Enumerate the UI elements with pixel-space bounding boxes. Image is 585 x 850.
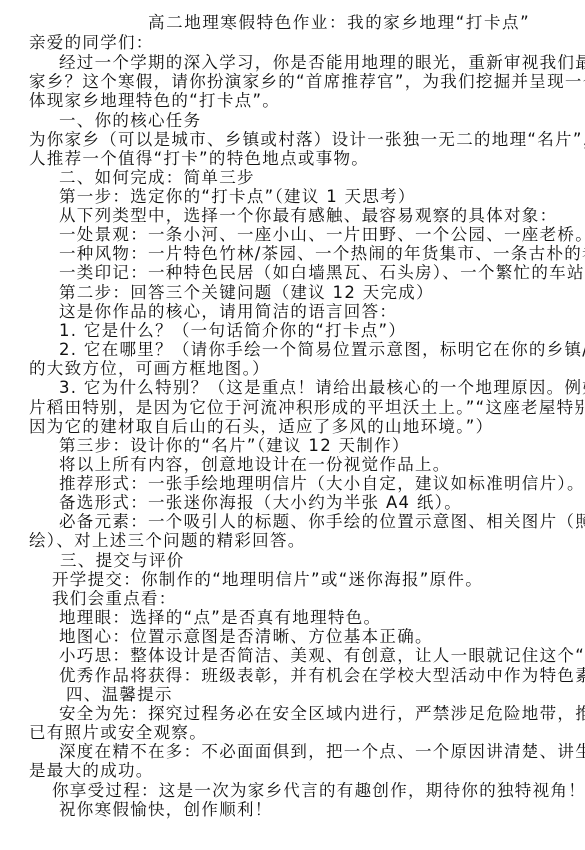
step2-question-2-line-2: 的大致方位，可画方框地图。） (29, 359, 270, 378)
step2-question-3-line-3: 因为它的建材取自后山的石头，适应了多风的山地环境。”） (29, 417, 493, 436)
criteria-item-2: 地图心：位置示意图是否清晰、方位基本正确。 (59, 627, 433, 646)
section2-heading: 二、如何完成：简单三步 (59, 168, 255, 187)
step3-recommended-format: 推荐形式：一张手绘地理明信片（大小自定，建议如标准明信片）。 (59, 474, 585, 493)
intro-line-3: 体现家乡地理特色的“打卡点”。 (29, 91, 280, 110)
step1-option-1: 一处景观：一条小河、一座小山、一片田野、一个公园、一座老桥。 (59, 225, 585, 244)
step2-lead: 这是你作品的核心，请用简洁的语言回答： (59, 302, 397, 321)
step3-heading: 第三步：设计你的“名片”（建议 12 天制作） (59, 436, 410, 455)
tip-depth-line-1: 深度在精不在多：不必面面俱到，把一个点、一个原因讲清楚、讲生动，就 (59, 742, 585, 761)
criteria-item-4: 优秀作品将获得：班级表彰，并有机会在学校大型活动中作为特色素材展示。 (59, 666, 585, 685)
tip-depth-line-2: 是最大的成功。 (29, 761, 154, 780)
section1-body-2: 人推荐一个值得“打卡”的特色地点或事物。 (29, 149, 369, 168)
step1-option-2: 一种风物：一片特色竹林/茶园、一个热闹的年货集市、一条古朴的老街。 (59, 244, 585, 263)
submission-note: 开学提交：你制作的“地理明信片”或“迷你海报”原件。 (52, 570, 483, 589)
tip-enjoy: 你享受过程：这是一次为家乡代言的有趣创作，期待你的独特视角！ (52, 781, 585, 800)
criteria-item-1: 地理眼：选择的“点”是否真有地理特色。 (59, 608, 381, 627)
greeting: 亲爱的同学们： (29, 33, 154, 52)
step3-required-elements-line-2: 绘）、对上述三个问题的精彩回答。 (29, 531, 306, 550)
step1-lead: 从下列类型中，选择一个你最有感触、最容易观察的具体对象： (59, 206, 557, 225)
section1-body-1: 为你家乡（可以是城市、乡镇或村落）设计一张独一无二的地理“名片”，向他 (29, 130, 585, 149)
intro-line-2: 家乡？这个寒假，请你扮演家乡的“首席推荐官”，为我们挖掘并呈现一个最能 (29, 72, 585, 91)
step2-heading: 第二步：回答三个关键问题（建议 12 天完成） (59, 283, 434, 302)
closing-wish: 祝你寒假愉快，创作顺利！ (59, 800, 273, 819)
step2-question-2-line-1: 2. 它在哪里？（请你手绘一个简易位置示意图，标明它在你的乡镇/城市中 (59, 340, 585, 359)
step2-question-3-line-2: 片稻田特别，是因为它位于河流冲积形成的平坦沃土上。”“这座老屋特别，是 (29, 398, 585, 417)
step3-required-elements-line-1: 必备元素：一个吸引人的标题、你手绘的位置示意图、相关图片（照片或手 (59, 512, 585, 531)
step1-heading: 第一步：选定你的“打卡点”（建议 1 天思考） (59, 187, 416, 206)
step3-alternative-format: 备选形式：一张迷你海报（大小约为半张 A4 纸）。 (59, 493, 462, 512)
criteria-lead: 我们会重点看： (52, 589, 177, 608)
tip-safety-line-1: 安全为先：探究过程务必在安全区域内进行，严禁涉足危险地带，推荐使用 (59, 704, 585, 723)
criteria-item-3: 小巧思：整体设计是否简洁、美观、有创意，让人一眼就记住这个“打卡点”。 (59, 646, 585, 665)
section4-heading: 四、温馨提示 (66, 685, 173, 704)
section3-heading: 三、提交与评价 (60, 551, 185, 570)
step3-lead: 将以上所有内容，创意地设计在一份视觉作品上。 (59, 455, 451, 474)
document-title: 高二地理寒假特色作业：我的家乡地理“打卡点” (148, 13, 530, 32)
intro-line-1: 经过一个学期的深入学习，你是否能用地理的眼光，重新审视我们最熟悉的 (59, 53, 585, 72)
tip-safety-line-2: 已有照片或安全观察。 (29, 723, 207, 742)
step2-question-1: 1. 它是什么？（一句话简介你的“打卡点”） (59, 321, 406, 340)
document-page: 高二地理寒假特色作业：我的家乡地理“打卡点” 亲爱的同学们： 经过一个学期的深入… (0, 0, 585, 850)
step2-question-3-line-1: 3. 它为什么特别？（这是重点！请给出最核心的一个地理原因。例如：“这 (59, 378, 585, 397)
step1-option-3: 一类印记：一种特色民居（如白墙黑瓦、石头房）、一个繁忙的车站码头。 (59, 263, 585, 282)
section1-heading: 一、你的核心任务 (59, 111, 201, 130)
